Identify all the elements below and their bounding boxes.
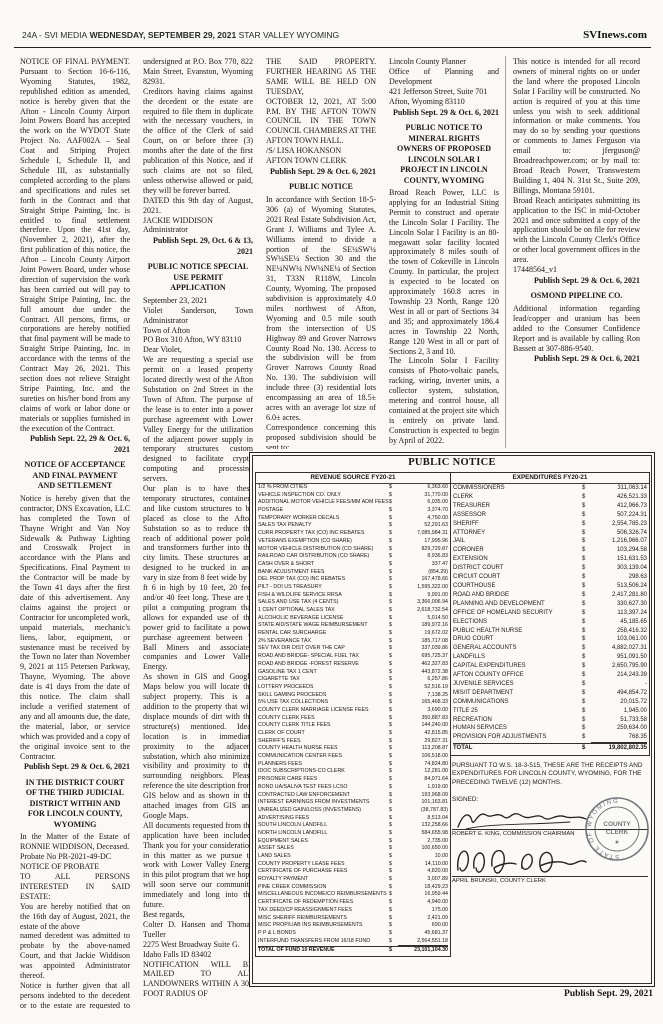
notice-paragraph: 421 Jefferson Street, Suite 701 xyxy=(389,87,499,97)
expenditures-row: SHERIFF$2,554,785.23 xyxy=(453,520,647,529)
revenue-row: 5% USE TAX COLLECTIONS$165,468.33 xyxy=(258,699,448,707)
revenue-row: ASSET SALES$100,650.00 xyxy=(258,845,448,853)
expenditures-row: GENERAL ACCOUNTS$4,882,027.31 xyxy=(453,644,647,653)
revenue-row: ADDITIONAL MOTOR VEHICLE FEES/MM ADM FEE… xyxy=(258,499,448,507)
notice-heading: IN THE DISTRICT COURT OF THE THIRD JUDIC… xyxy=(24,778,126,831)
revenue-row: POSTAGE$3,374.70 xyxy=(258,507,448,515)
revenue-row: SKILL GAMING PROCEEDS$7,138.25 xyxy=(258,692,448,700)
revenue-row: DEL PROP TAX (CO) INC REBATES$167,478.66 xyxy=(258,576,448,584)
notice-paragraph: You are hereby notified that on the 16th… xyxy=(20,902,130,932)
revenue-row: RAILROAD CAR DISTRIBUTION (CO SHARE)$8,9… xyxy=(258,553,448,561)
notice-paragraph: Creditors having claims against the dece… xyxy=(143,87,253,196)
expenditures-row: COMMISSIONERS$311,063.14 xyxy=(453,484,647,493)
expenditures-row: CLERK$426,521.33 xyxy=(453,493,647,502)
revenue-row: TOTAL OF FUND 10 REVENUE$23,101,104.30 xyxy=(258,946,448,955)
notice-paragraph: All documents requested from the applica… xyxy=(143,821,253,910)
expenditures-row: PROVISION FOR ADJUSTMENTS$768.35 xyxy=(453,733,647,743)
expenditure-rows: COMMISSIONERS$311,063.14CLERK$426,521.33… xyxy=(451,484,649,753)
notice-paragraph: AFTON TOWN CLERK xyxy=(266,156,376,166)
revenue-row: COUNTY CLERK MARRIAGE LICENSE FEES$3,690… xyxy=(258,707,448,715)
notice-paragraph: PO Box 310 Afton, WY 83110 xyxy=(143,335,253,345)
notice-paragraph: Lincoln County Planner xyxy=(389,57,499,67)
expenditures-row: AFTON COUNTY OFFICE$214,243.39 xyxy=(453,671,647,680)
revenue-row: VETERANS EXEMPTION (CO SHARE)$17,995.96 xyxy=(258,538,448,546)
revenue-row: ALCOHOLIC BEVERAGE LICENSE$5,014.50 xyxy=(258,615,448,623)
revenue-row: STATE AID/STATE WAGE REIMBURSEMENT$189,9… xyxy=(258,622,448,630)
masthead-divider xyxy=(14,47,651,48)
masthead-website: SVInews.com xyxy=(583,29,647,41)
notice-paragraph: Notice is further given that all persons… xyxy=(20,981,130,1009)
revenue-row: NORTH LINCOLN LANDFILL$584,655.98 xyxy=(258,830,448,838)
expenditures-row: MIS/IT DEPARTMENT$494,854.72 xyxy=(453,689,647,698)
revenue-row: CASH OVER & SHORT$337.47 xyxy=(258,561,448,569)
expenditures-row: ROAD AND BRIDGE$2,417,281.80 xyxy=(453,591,647,600)
notice-paragraph: Office of Planning and Development xyxy=(389,67,499,87)
notice-paragraph: Probate No PR-2021-49-DC xyxy=(20,852,130,862)
publish-line: Publish Sept. 29 & Oct. 6, 2021 xyxy=(20,762,130,773)
revenue-row: LAND SALES$10.00 xyxy=(258,853,448,861)
revenue-row: COMMUNICATION CENTER FEES$106,518.00 xyxy=(258,753,448,761)
page-edition-label: 24A - SVI MEDIA xyxy=(22,30,87,40)
seal-inner-line2: CLERK xyxy=(606,829,629,836)
notice-paragraph: In the Matter of the Estate of RONNIE WI… xyxy=(20,832,130,852)
notice-paragraph: Colter D. Hansen and Thomas Tueller xyxy=(143,920,253,940)
notice-paragraph: This notice is intended for all record o… xyxy=(513,57,640,196)
revenue-row: COUNTY PROPERTY LEASE FEES$14,110.00 xyxy=(258,861,448,869)
revenue-rows: 1/2 % FROM CITIES$6,363.60VEHICLE INSPEC… xyxy=(256,484,450,955)
publish-line: Publish Sept. 29 & Oct. 6, 2021 xyxy=(266,167,376,178)
notice-paragraph: Broad Reach Power, LLC is applying for a… xyxy=(389,188,499,356)
notice-paragraph: DATED this 9th day of August, 2021. xyxy=(143,196,253,216)
revenue-row: TAX DEED/CP REASSIGNMENT FEES$175.00 xyxy=(258,907,448,915)
table-footer: PURSUANT TO W.S. 18-3-515, THESE ARE THE… xyxy=(452,762,648,885)
revenue-row: BOND UA/SALIVA TEST FEES LCSO$1,919.00 xyxy=(258,784,448,792)
notice-paragraph: OCTOBER 12, 2021, AT 5:00 P.M. BY THE AF… xyxy=(266,97,376,147)
revenue-row: MOTOR VEHICLE DISTRIBUTION (CO SHARE)$82… xyxy=(258,546,448,554)
notice-paragraph: As shown in GIS and Google Maps below yo… xyxy=(143,672,253,821)
expenditures-row: COMMUNICATIONS$20,015.72 xyxy=(453,698,647,707)
seal-inner-line1: COUNTY xyxy=(603,821,631,828)
masthead-date: WEDNESDAY, SEPTEMBER 29, 2021 xyxy=(90,30,237,40)
expenditures-row: DISTRICT COURT$303,139.04 xyxy=(453,564,647,573)
notice-paragraph: NOTIFICATION WILL BE MAILED TO ALL LANDO… xyxy=(143,960,253,1000)
masthead-left: 24A - SVI MEDIA WEDNESDAY, SEPTEMBER 29,… xyxy=(22,30,339,40)
notice-column-4: Lincoln County PlannerOffice of Planning… xyxy=(389,57,499,449)
revenue-row: CIGARETTE TAX$6,257.86 xyxy=(258,676,448,684)
notice-paragraph: NOTICE OF FINAL PAYMENT. Pursuant to Sec… xyxy=(20,57,130,433)
notice-paragraph: TO ALL PERSONS INTERESTED IN SAID ESTATE… xyxy=(20,872,130,902)
notice-heading: NOTICE OF ACCEPTANCE AND FINAL PAYMENT A… xyxy=(24,460,126,492)
revenue-row: COUNTY HEALTH NURSE FEES$113,208.87 xyxy=(258,745,448,753)
notice-column-3: THE SAID PROPERTY. FURTHER HEARING AS TH… xyxy=(266,57,376,449)
notice-heading: PUBLIC NOTICE xyxy=(270,182,372,193)
clerk-name: APRIL BRUNSKI, COUNTY CLERK xyxy=(452,876,648,885)
notice-paragraph: Dear Violet, xyxy=(143,345,253,355)
revenue-row: MISCELLANEOUS INCOME/CO REIMBURSEMENTS$1… xyxy=(258,891,448,899)
revenue-row: MISC SHERIFF REIMBURSEMENTS$2,421.09 xyxy=(258,915,448,923)
revenue-row: IDOC SUBSCRIPTIONS-CO CLERK$12,281.00 xyxy=(258,768,448,776)
revenue-row: MISC PROP/LIAB INS REIMBURSEMENTS$690.00 xyxy=(258,922,448,930)
revenue-row: BANK ADJUSTMENT FEES$(854.29) xyxy=(258,569,448,577)
notice-paragraph: Afton, Wyoming 83110 xyxy=(389,97,499,107)
publish-line: Publish Sept. 29, Oct. 6 & 13, 2021 xyxy=(143,236,253,257)
expenditures-row: ASSESSOR$507,224.31 xyxy=(453,511,647,520)
expenditures-row: JAIL$1,216,966.07 xyxy=(453,537,647,546)
expenditures-row: HUMAN SERVICES$259,634.00 xyxy=(453,724,647,733)
revenue-table: REVENUE SOURCE FY20-21 1/2 % FROM CITIES… xyxy=(255,472,451,957)
notice-paragraph: Violet Sanderson, Town Administrator xyxy=(143,306,253,326)
revenue-row: SALES TAX PENALTY$52,291.63 xyxy=(258,522,448,530)
expenditures-row: PUBLIC HEALTH NURSE$258,416.32 xyxy=(453,627,647,636)
notice-paragraph: Additional information regarding lead/co… xyxy=(513,304,640,354)
revenue-row: UNREALIZED GAIN/LOSS (INVESTMENS)$(38,78… xyxy=(258,807,448,815)
expenditures-row: ELECTIONS$45,185.65 xyxy=(453,618,647,627)
notice-heading: PUBLIC NOTICE SPECIAL USE PERMIT APPLICA… xyxy=(147,262,249,294)
expenditures-row: CIRCUIT COURT$298.63 xyxy=(453,573,647,582)
clerk-signature-icon xyxy=(452,840,602,880)
publish-line: Publish Sept. 22, 29 & Oct. 6, 2021 xyxy=(20,434,130,455)
public-notice-table: PUBLIC NOTICE REVENUE SOURCE FY20-21 1/2… xyxy=(249,452,655,987)
expenditures-row: CAPITAL EXPENDITURES$2,650,795.90 xyxy=(453,662,647,671)
notice-paragraph: undersigned at P.O. Box 770, 822 Main St… xyxy=(143,57,253,87)
notice-paragraph: THE SAID PROPERTY. FURTHER HEARING AS TH… xyxy=(266,57,376,97)
notice-paragraph: 2275 West Broadway Suite G. xyxy=(143,940,253,950)
seal-star: ★ xyxy=(614,839,619,846)
expenditures-row: JUVENILE SERVICES$- xyxy=(453,680,647,689)
column-rule xyxy=(505,56,506,448)
revenue-row: ROYALTY PAYMENT$3,007.89 xyxy=(258,876,448,884)
revenue-row: SEV TAX DIR DIST OVER THE CAP$337,039.86 xyxy=(258,645,448,653)
revenue-row: RENTAL CAR SURCHARGE$19,672.02 xyxy=(258,630,448,638)
revenue-row: ADVERTISING FEES$8,513.04 xyxy=(258,815,448,823)
notice-column-5: This notice is intended for all record o… xyxy=(513,57,640,447)
revenue-row: CONTRACTED LAW ENFORCEMENT$193,968.09 xyxy=(258,792,448,800)
expenditures-row: ATTORNEY$506,326.74 xyxy=(453,529,647,538)
table-title: PUBLIC NOTICE xyxy=(253,457,651,468)
revenue-row: SHERIFF'S FEES$29,827.31 xyxy=(258,738,448,746)
expenditures-row: LANDFILLS$951,091.50 xyxy=(453,653,647,662)
revenue-row: P P & L BONDS$45,681.37 xyxy=(258,930,448,938)
revenue-row: CURR PROPERTY TAX (CO) INC REBATES$7,085… xyxy=(258,530,448,538)
expenditures-row: TITLE 25$1,945.00 xyxy=(453,707,647,716)
expenditures-row: CORONER$103,294.58 xyxy=(453,546,647,555)
revenue-row: SALES AND USE TAX (4 CENTS)$3,366,006.94 xyxy=(258,599,448,607)
revenue-row: VEHICLE INSPECTION CO. ONLY$31,770.00 xyxy=(258,492,448,500)
notice-heading: OSMOND PIPELINE CO. xyxy=(517,291,636,302)
revenue-row: COUNTY CLERK TITLE FEES$144,240.00 xyxy=(258,722,448,730)
notice-paragraph: Idaho Falls ID 83402 xyxy=(143,950,253,960)
county-clerk-seal-icon: STATE OF WYOMING COUNTY CLERK ★ xyxy=(584,796,650,862)
masthead-region: STAR VALLEY WYOMING xyxy=(239,30,340,40)
revenue-row: PRISONER CARE FEES$84,971.64 xyxy=(258,776,448,784)
revenue-row: CERTIFICATE OF PURCHASE FEES$4,820.00 xyxy=(258,868,448,876)
expenditures-row: TOTAL$19,802,802.35 xyxy=(453,743,647,753)
expenditures-row: DRUG COURT$103,061.00 xyxy=(453,635,647,644)
notice-column-2: undersigned at P.O. Box 770, 822 Main St… xyxy=(143,57,253,1009)
notice-paragraph: The Lincoln Solar I Facility consists of… xyxy=(389,356,499,445)
public-notice-table-inner: PUBLIC NOTICE REVENUE SOURCE FY20-21 1/2… xyxy=(252,455,652,984)
revenue-row: PLANNERS FEES$74,824.80 xyxy=(258,761,448,769)
revenue-row: 2% SEVERANCE TAX$185,717.08 xyxy=(258,638,448,646)
revenue-row: CERTIFICATE OF REDEMPTION FEES$4,940.00 xyxy=(258,899,448,907)
expenditures-row: TREASURER$412,966.73 xyxy=(453,502,647,511)
revenue-row: INTEREST EARNINGS FROM INVESTMENTS$101,1… xyxy=(258,799,448,807)
table-publish-line: Publish Sept. 29, 2021 xyxy=(440,989,653,999)
notice-paragraph: Our plan is to have these temporary stru… xyxy=(143,484,253,672)
notice-paragraph: September 23, 2021 xyxy=(143,296,253,306)
revenue-header: REVENUE SOURCE FY20-21 xyxy=(256,473,450,484)
revenue-row: CLERK OF COURT$42,815.85 xyxy=(258,730,448,738)
notice-paragraph: NOTICE OF PROBATE xyxy=(20,862,130,872)
revenue-row: EQUIPMENT SALES$2,735.00 xyxy=(258,838,448,846)
notice-paragraph: JACKIE WIDDISON xyxy=(143,216,253,226)
notice-paragraph: Best regards, xyxy=(143,910,253,920)
expenditures-row: PLANNING AND DEVELOPMENT$330,627.30 xyxy=(453,600,647,609)
newspaper-page: 24A - SVI MEDIA WEDNESDAY, SEPTEMBER 29,… xyxy=(0,0,663,1024)
notice-paragraph: 17448564_v1 xyxy=(513,265,640,275)
notice-paragraph: Town of Afton xyxy=(143,326,253,336)
revenue-row: FISH & WILDLIFE SERVICE RRSA$9,991.00 xyxy=(258,592,448,600)
statutory-statement: PURSUANT TO W.S. 18-3-515, THESE ARE THE… xyxy=(452,762,648,787)
expenditures-header: EXPENDITURES FY20-21 xyxy=(451,473,649,484)
notice-heading: PUBLIC NOTICE TO MINERAL RIGHTS OWNERS O… xyxy=(393,123,495,186)
expenditures-row: RECREATION$51,733.58 xyxy=(453,716,647,725)
notice-paragraph: named decedent was admitted to probate b… xyxy=(20,931,130,981)
expenditures-row: EXTENSION$151,631.53 xyxy=(453,555,647,564)
revenue-row: COUNTY CLERK FEES$350,887.83 xyxy=(258,715,448,723)
notice-paragraph: /S/ LISA HOKANSON xyxy=(266,146,376,156)
revenue-row: 1/2 % FROM CITIES$6,363.60 xyxy=(258,484,448,492)
revenue-row: ROAD AND BRIDGE- SPECIAL FUEL TAX$695,72… xyxy=(258,653,448,661)
revenue-row: LOTTERY PROCEEDS$52,516.19 xyxy=(258,684,448,692)
revenue-row: PILT - DOI US TREASURY$1,595,322.00 xyxy=(258,584,448,592)
notice-paragraph: Notice is hereby given that the contract… xyxy=(20,494,130,761)
publish-line: Publish Sept. 29 & Oct. 6, 2021 xyxy=(389,108,499,119)
notice-paragraph: We are requesting a special use permit o… xyxy=(143,355,253,484)
notice-paragraph: Broad Reach anticipates submitting its a… xyxy=(513,196,640,265)
revenue-row: SOUTH LINCOLN LANDFILL$132,258.66 xyxy=(258,822,448,830)
revenue-row: 1 CENT OPTIONAL SALES TAX$2,618,732.54 xyxy=(258,607,448,615)
masthead: 24A - SVI MEDIA WEDNESDAY, SEPTEMBER 29,… xyxy=(22,29,647,43)
notice-paragraph: Correspondence concerning this proposed … xyxy=(266,423,376,449)
revenue-row: PINE CREEK COMMISSION$18,429.23 xyxy=(258,884,448,892)
publish-line: Publish Sept. 29 & Oct. 6, 2021 xyxy=(513,354,640,365)
expenditures-row: COURTHOUSE$513,506.24 xyxy=(453,582,647,591)
revenue-row: ROAD AND BRIDGE -FOREST RESERVE$462,327.… xyxy=(258,661,448,669)
publish-line: Publish Sept. 29 & Oct. 6, 2021 xyxy=(513,276,640,287)
revenue-row: INTERFUND TRANSFERS FROM 16/18 FUND$2,56… xyxy=(258,938,448,947)
notice-column-1: NOTICE OF FINAL PAYMENT. Pursuant to Sec… xyxy=(20,57,130,1009)
notice-paragraph: Administrator xyxy=(143,225,253,235)
notice-paragraph: In accordance with Section 18-5-306 (a) … xyxy=(266,195,376,423)
revenue-row: TEMPORARY WORKER DECALS$4,750.00 xyxy=(258,515,448,523)
revenue-row: GASOLINE TAX 1 CENT$443,872.38 xyxy=(258,669,448,677)
expenditures-row: OFFICE OF HOMELAND SECURITY$113,397.24 xyxy=(453,609,647,618)
expenditures-table: EXPENDITURES FY20-21 COMMISSIONERS$311,0… xyxy=(450,472,650,756)
